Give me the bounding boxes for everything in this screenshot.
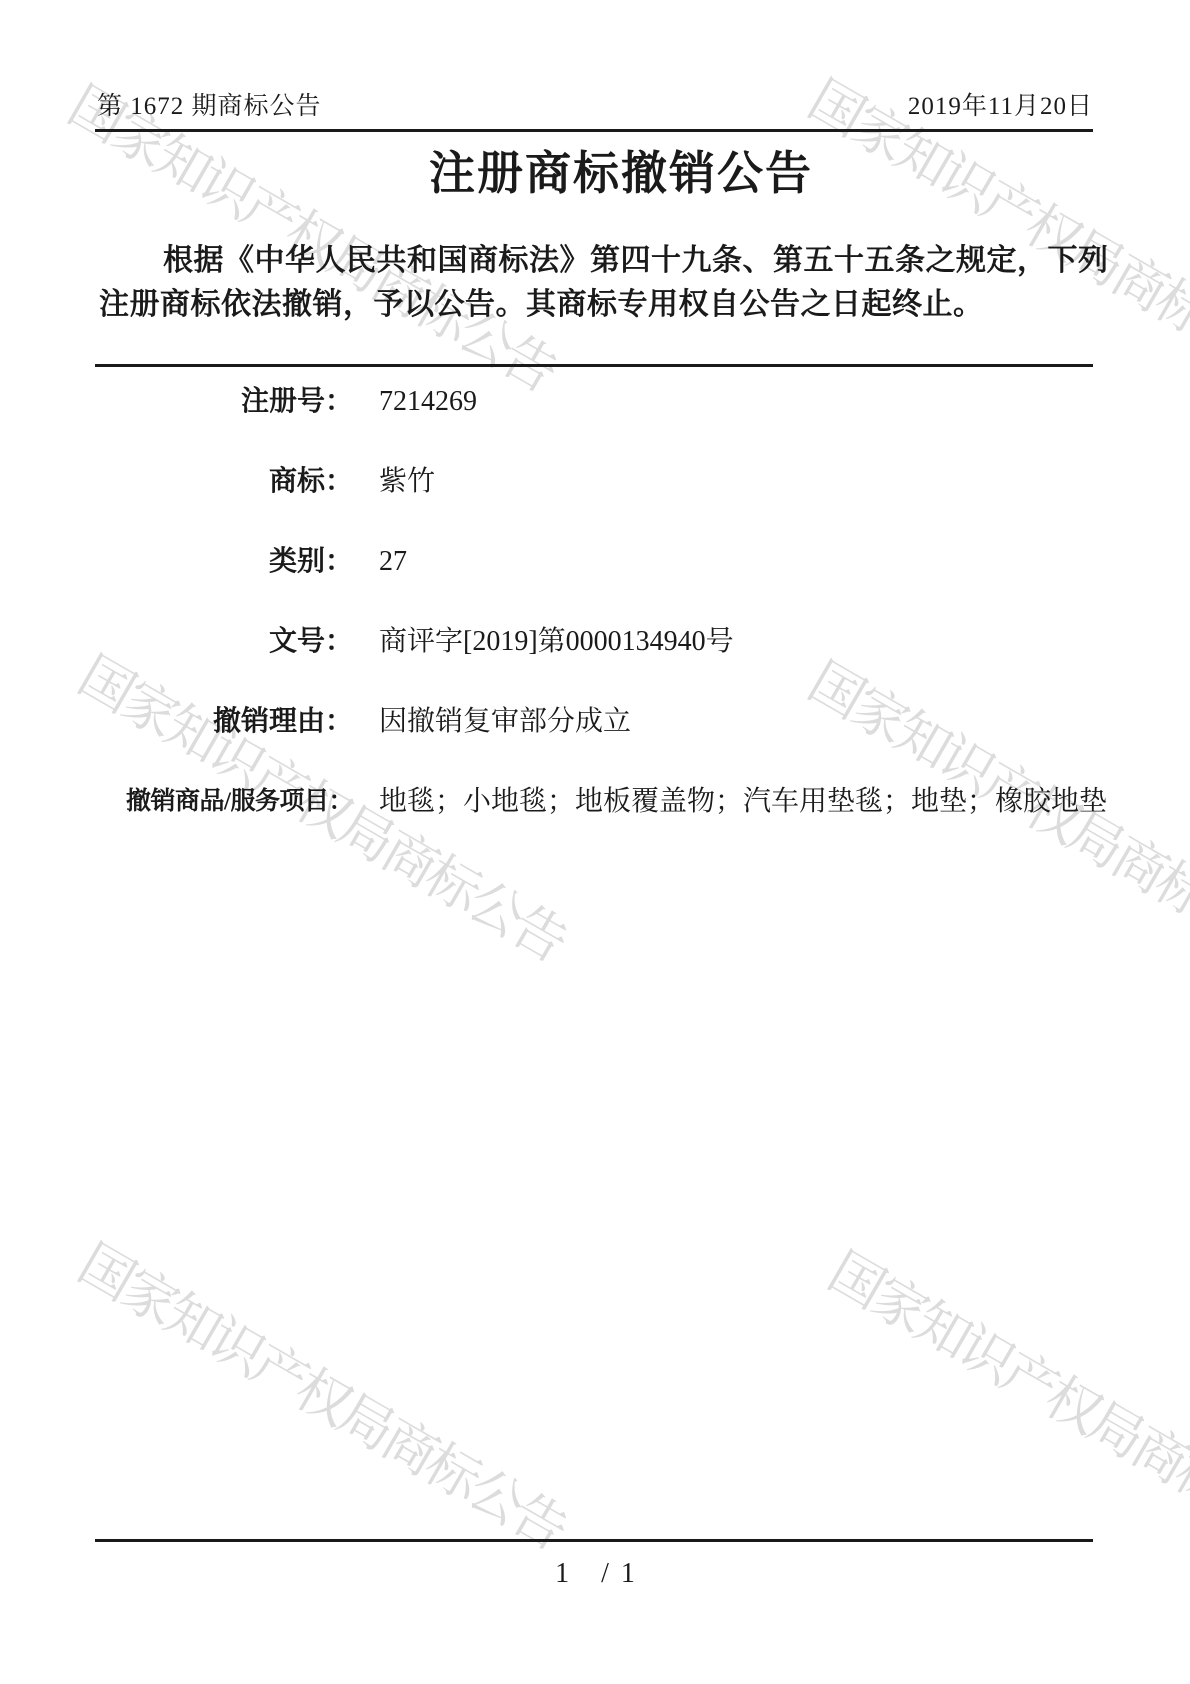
document-number-label: 文号： — [269, 626, 353, 658]
page-content: 第 1672 期商标公告 2019年11月20日 注册商标撤销公告 根据《中华人… — [0, 0, 1190, 1684]
cancelled-goods-label: 撤销商品/服务项目： — [126, 786, 353, 817]
field-row-document-number: 文号： 商评字[2019]第0000134940号 — [97, 626, 1097, 706]
registration-number-label: 注册号： — [241, 386, 353, 418]
cancelled-goods-value: 地毯；小地毯；地板覆盖物；汽车用垫毯；地垫；橡胶地垫 — [379, 786, 1107, 818]
cancellation-reason-value: 因撤销复审部分成立 — [379, 706, 631, 738]
page-current: 1 — [555, 1558, 569, 1590]
page-number: 1 / 1 — [0, 1558, 1190, 1590]
class-label: 类别： — [269, 546, 353, 578]
announcement-title: 注册商标撤销公告 — [0, 149, 1190, 200]
field-label-cell: 注册号： — [97, 386, 353, 418]
field-row-cancelled-goods: 撤销商品/服务项目： 地毯；小地毯；地板覆盖物；汽车用垫毯；地垫；橡胶地垫 — [97, 786, 1097, 866]
document-number-value: 商评字[2019]第0000134940号 — [379, 626, 734, 658]
field-label-cell: 文号： — [97, 626, 353, 658]
field-label-cell: 商标： — [97, 466, 353, 498]
cancellation-reason-label: 撤销理由： — [213, 706, 353, 738]
field-row-class: 类别： 27 — [97, 546, 1097, 626]
page-separator: / — [601, 1558, 609, 1590]
gazette-issue: 第 1672 期商标公告 — [97, 86, 322, 122]
gazette-date: 2019年11月20日 — [908, 86, 1093, 122]
section-divider — [95, 364, 1093, 367]
intro-line-1: 根据《中华人民共和国商标法》第四十九条、第五十五条之规定，下列 — [99, 243, 1163, 279]
footer-divider — [95, 1539, 1093, 1542]
intro-line-2: 注册商标依法撤销，予以公告。其商标专用权自公告之日起终止。 — [99, 287, 1099, 323]
trademark-value: 紫竹 — [379, 466, 435, 498]
field-label-cell: 类别： — [97, 546, 353, 578]
fields-table: 注册号： 7214269 商标： 紫竹 类别： 27 文号： — [97, 386, 1097, 866]
registration-number-value: 7214269 — [379, 386, 477, 418]
field-row-cancellation-reason: 撤销理由： 因撤销复审部分成立 — [97, 706, 1097, 786]
gazette-page: 国家知识产权局商标公告 国家知识产权局商标公告 国家知识产权局商标公告 国家知识… — [0, 0, 1190, 1684]
class-value: 27 — [379, 546, 407, 578]
page-total: 1 — [621, 1558, 635, 1590]
field-label-cell: 撤销商品/服务项目： — [97, 786, 353, 817]
trademark-label: 商标： — [269, 466, 353, 498]
field-row-registration-number: 注册号： 7214269 — [97, 386, 1097, 466]
page-header: 第 1672 期商标公告 2019年11月20日 — [97, 86, 1093, 122]
header-divider — [95, 129, 1093, 132]
field-label-cell: 撤销理由： — [97, 706, 353, 738]
field-row-trademark: 商标： 紫竹 — [97, 466, 1097, 546]
